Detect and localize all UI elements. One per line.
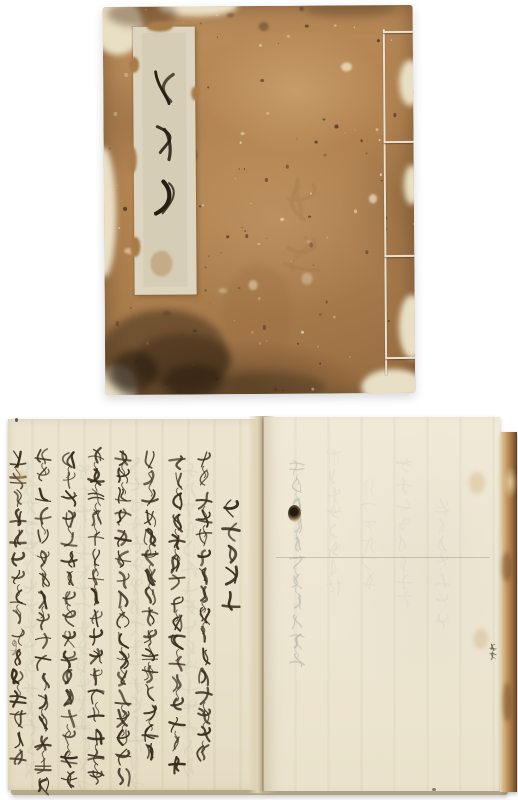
ink-speck [15,418,18,422]
text-column [163,452,191,797]
cover-dark-stain [111,351,157,391]
text-column [136,449,164,794]
binding-stitch [383,31,413,33]
cover-wear-patch [399,60,415,106]
bleedthrough-column [428,497,456,787]
paper-crease [276,557,490,558]
text-column [190,449,218,794]
title-slip-chip [130,237,140,257]
bleedthrough-column [320,447,348,737]
open-manuscript-spread [8,416,518,796]
text-column [4,449,32,794]
cover-ghost-marks [279,178,324,298]
binding-stitch [385,357,415,359]
ink-offset-column [283,458,311,693]
edge-note [486,642,500,666]
ink-blot [288,505,301,522]
binding-stitch [384,141,414,143]
section-title-column [217,497,245,627]
margin-note [8,638,20,662]
left-page [8,419,256,790]
title-slip-chip [147,22,173,32]
cover-wear-patch [404,165,416,205]
fore-edge-stain [503,682,512,722]
page-stain [469,472,485,494]
fore-edge-strip [500,432,517,792]
closed-book-cover [103,5,416,395]
title-slip-chip [191,86,199,100]
bleedthrough-column [355,477,383,767]
page-stain [16,471,26,483]
fore-edge-stain [502,552,512,582]
text-column [82,445,110,790]
photo-scene [0,0,518,800]
title-slip-chip [129,57,139,73]
bleedthrough-column [390,457,418,747]
text-column [29,446,57,791]
binding-stitch [384,255,414,257]
text-column [109,447,137,792]
title-slip-calligraphy [142,67,187,257]
ink-speck [432,788,436,791]
title-slip [133,26,197,294]
title-slip-chip [129,147,137,173]
center-fold-line [262,418,263,791]
text-column [55,449,83,794]
right-page [264,417,500,791]
